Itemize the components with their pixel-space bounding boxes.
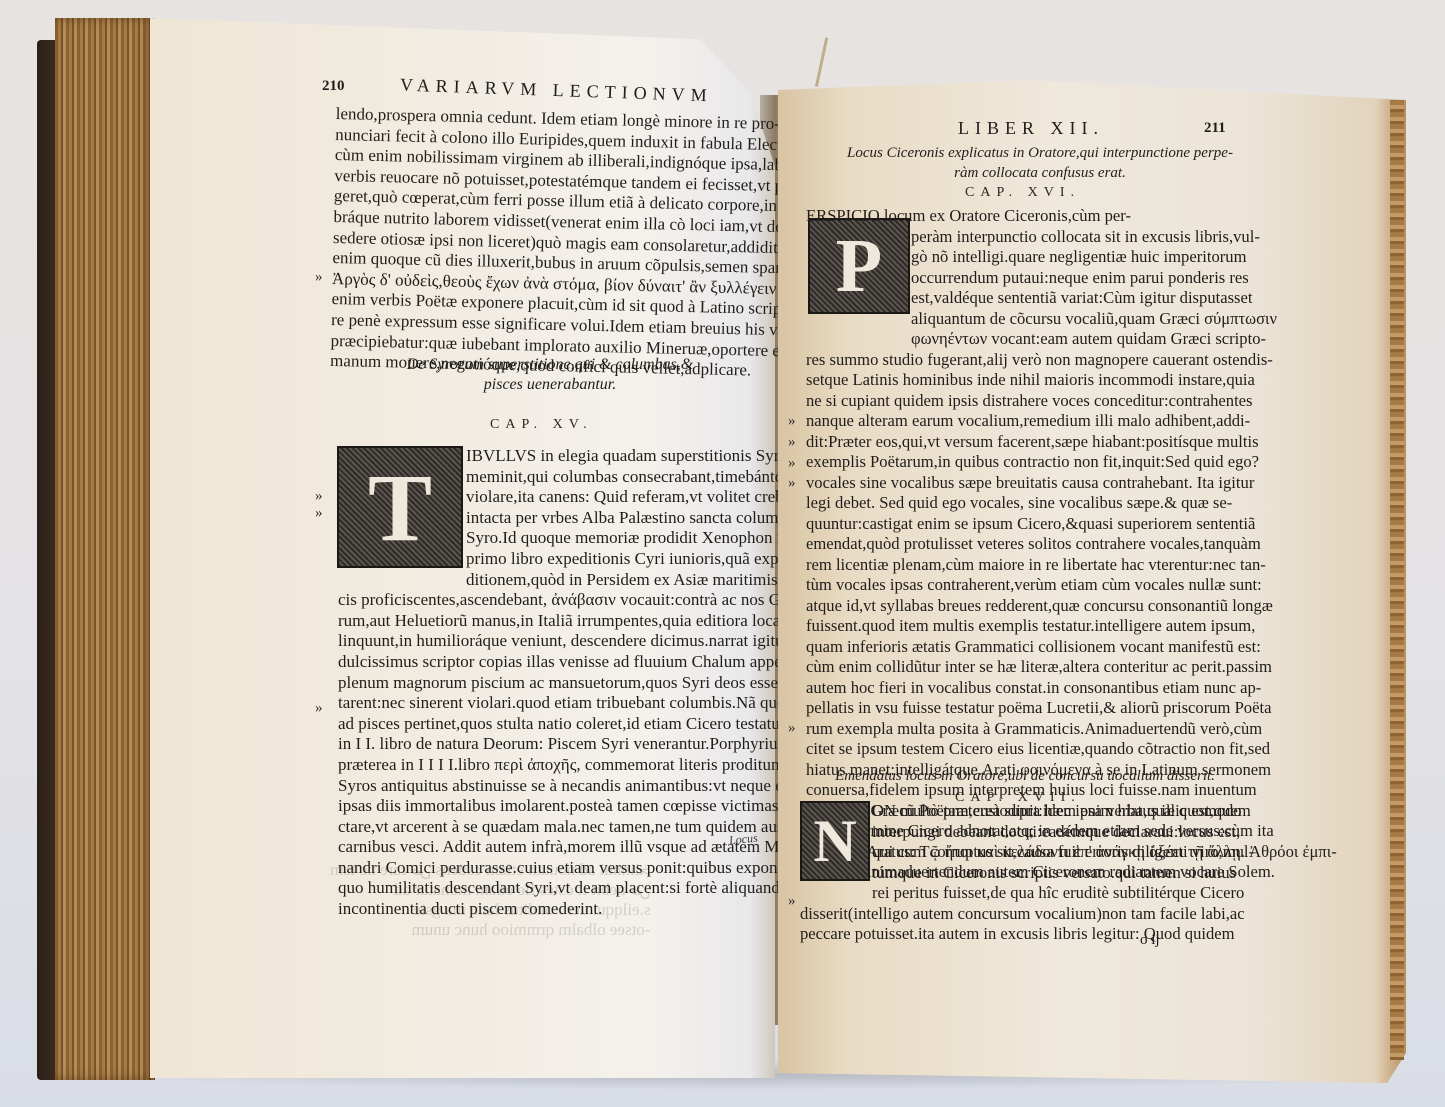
text-line: cis proficiscentes,ascendebant, ἀνάβασιν… xyxy=(338,590,817,611)
text-line: interpungi debeant docui:eadémque declar… xyxy=(800,822,1254,843)
catchword: Locus xyxy=(728,831,758,849)
text-line: exemplis Poëtarum,in quibus contractio n… xyxy=(806,452,1337,473)
quote-mark-icon: » xyxy=(788,411,796,432)
text-line: setque Latinis hominibus inde nihil maio… xyxy=(806,370,1337,391)
text-line: dit:Præter eos,qui,vt versum facerent,sæ… xyxy=(806,432,1337,453)
right-section-heading-2: Emendatus locus in Oratore,ubi de concur… xyxy=(820,766,1230,786)
text-line: ON multò prætereà supra hæc ipsa verba,q… xyxy=(800,801,1254,822)
text-line: fuissent.quod item multis exemplis testa… xyxy=(806,616,1337,637)
right-page-text-chapter-17: ON multò prætereà supra hæc ipsa verba,q… xyxy=(800,801,1254,945)
text-line: legi debet. Sed quid ego vocales, sine v… xyxy=(806,493,1337,514)
text-line: quuntur:castigat enim se ipsum Cicero,&q… xyxy=(806,514,1337,535)
text-line: túmque in Ciceronis scriptis versato.qui… xyxy=(800,863,1254,884)
signature-mark: o ij xyxy=(1140,932,1160,949)
text-line: res summo studio fugerant,alij verò non … xyxy=(806,350,1337,371)
text-line: IBVLLVS in elegia quadam superstitionis … xyxy=(338,446,817,467)
text-line: in I I. libro de natura Deorum: Piscem S… xyxy=(338,734,817,755)
text-line: quam inferioris ætatis Grammatici collis… xyxy=(806,637,1337,658)
text-line: tarent:nec sinerent violari.quod etiam t… xyxy=(338,693,817,714)
text-line: ne si cupiant quidem ipsis distrahere vo… xyxy=(806,391,1337,412)
left-section-heading: De Syrorum superstitione,qui & columbas,… xyxy=(400,355,700,395)
text-line: violare,ita canens: Quid referam,vt voli… xyxy=(338,487,817,508)
quote-mark-icon: » xyxy=(315,267,323,288)
quote-mark-icon: » xyxy=(788,718,796,739)
text-line: vocales sine vocalibus sæpe breuitatis c… xyxy=(806,473,1337,494)
page-block-edge-right xyxy=(1390,100,1404,1060)
text-line: aliquantum de cõcursu vocaliũ,quam Græci… xyxy=(806,309,1337,330)
text-line: meminit,qui columbas consecrabant,timebá… xyxy=(338,467,817,488)
show-through-text: ﺨiinnui ad nouum etiam cauens ﺽ rare ne … xyxy=(330,860,650,940)
text-line: cùm enim collidũtur inter se hæ literæ,a… xyxy=(806,657,1337,678)
right-page-number: 211 xyxy=(1204,120,1226,137)
right-section-heading-1: Locus Ciceronis explicatus in Oratore,qu… xyxy=(840,143,1240,183)
text-line: rum exempla multa posita à Grammaticis.A… xyxy=(806,719,1337,740)
text-line: plenum magnorum piscium ac mansuetorum,q… xyxy=(338,673,817,694)
text-line: Syros antiquitus abstinuisse se à necand… xyxy=(338,776,817,797)
text-line: est,valdéque sententiã variat:Cùm igitur… xyxy=(806,288,1337,309)
text-line: disserit(intelligo autem concursum vocal… xyxy=(800,904,1254,925)
right-running-head: LIBER XII. xyxy=(958,118,1104,139)
text-line: φωνηέντων vocant:eam autem quidam Græci … xyxy=(806,329,1337,350)
text-line: dulcissimus scriptor copias illas veniss… xyxy=(338,652,817,673)
text-line: atque id,vt syllabas breues redderent,qu… xyxy=(806,596,1337,617)
text-line: rum,aut Heluetiorũ manus,in Italiã irrum… xyxy=(338,611,817,632)
page-block-edge-left xyxy=(55,18,155,1080)
quote-mark-icon: » xyxy=(788,453,796,474)
text-line: Syro.Id quoque memoriæ prodidit Xenophon… xyxy=(338,528,817,549)
left-page-number: 210 xyxy=(322,78,345,95)
text-line: autem hoc fieri in vocalibus constat.in … xyxy=(806,678,1337,699)
text-line: nanque alteram earum vocalium,remedium i… xyxy=(806,411,1337,432)
text-line: ditionem,quòd in Persidem ex Asiæ mariti… xyxy=(338,570,817,591)
text-line: rei peritus fuisset,de qua hîc eruditè s… xyxy=(800,883,1254,904)
quote-mark-icon: » xyxy=(788,473,796,494)
text-line: gò nõ intelligi.quare negligentiæ huic i… xyxy=(806,247,1337,268)
text-line: qui cum corruptus sit,causa fuit erroris… xyxy=(800,842,1254,863)
text-line: occurrendum putaui:neque enim parui pond… xyxy=(806,268,1337,289)
text-line: ad pisces pertinet,quos stulta natio col… xyxy=(338,714,817,735)
quote-mark-icon: » xyxy=(315,503,323,524)
right-chapter-label-16: CAP. XVI. xyxy=(965,185,1080,201)
text-line: emendat,quòd protulisset veteres solitos… xyxy=(806,534,1337,555)
left-chapter-label: CAP. XV. xyxy=(490,417,593,433)
quote-mark-icon: » xyxy=(788,891,796,912)
text-line: ipsas diis immortalibus imolarent.posteà… xyxy=(338,796,817,817)
text-line: peccare potuisset.ita autem in excusis l… xyxy=(800,924,1254,945)
text-line: pellatis in vsu fuisse testatur poëma Lu… xyxy=(806,698,1337,719)
text-line: primo libro expeditionis Cyri iunioris,q… xyxy=(338,549,817,570)
bookmark-ribbon xyxy=(815,37,836,88)
text-line: peràm interpunctio collocata sit in excu… xyxy=(806,227,1337,248)
text-line: tùm vocales ipsas contraherent,verùm eti… xyxy=(806,575,1337,596)
text-line: linquunt,in humilioráque veniunt, descen… xyxy=(338,631,817,652)
text-line: præterea in I I I I.libro περὶ ἀποχῆς, c… xyxy=(338,755,817,776)
quote-mark-icon: » xyxy=(315,698,323,719)
text-line: ERSPICIO locum ex Oratore Ciceronis,cùm … xyxy=(806,206,1337,227)
text-line: rem licentiæ plenam,cùm maiore in re lib… xyxy=(806,555,1337,576)
text-line: citet se ipsum testem Cicero eius licent… xyxy=(806,739,1337,760)
left-page-text-chapter: IBVLLVS in elegia quadam superstitionis … xyxy=(338,446,817,920)
text-line: intacta per vrbes Alba Palæstino sancta … xyxy=(338,508,817,529)
quote-mark-icon: » xyxy=(788,432,796,453)
